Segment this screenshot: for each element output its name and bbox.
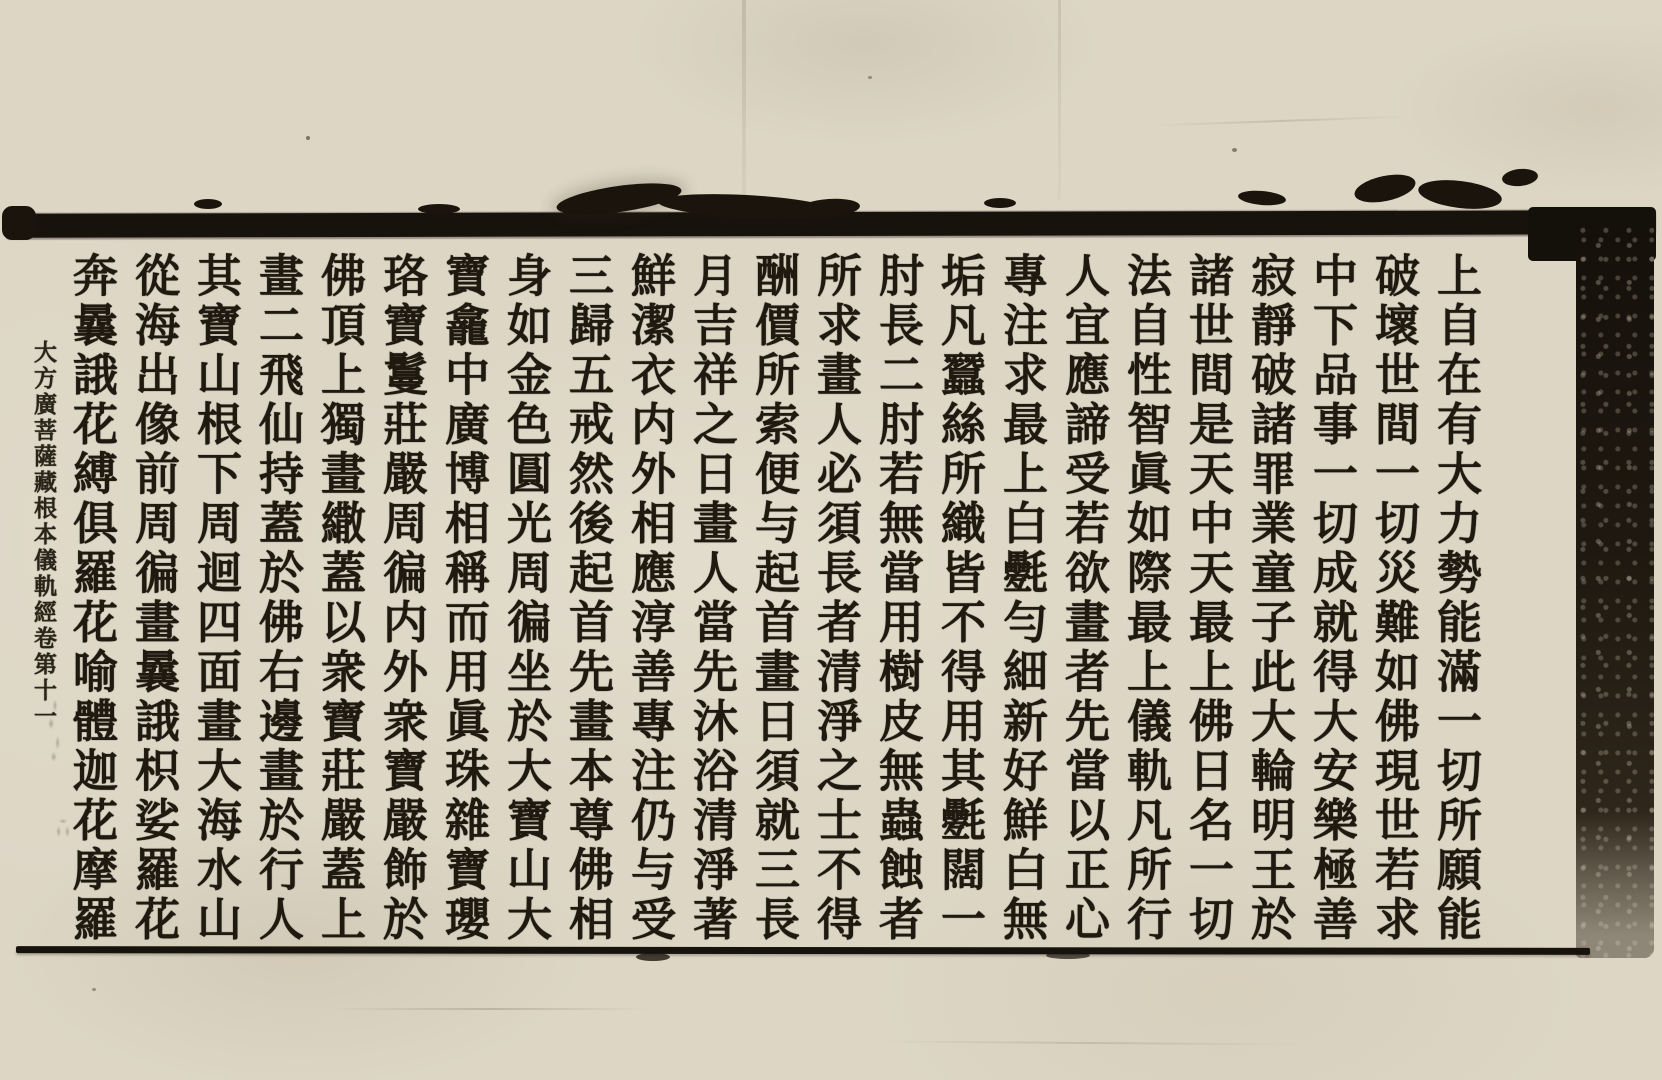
ink-speck [868, 76, 872, 79]
text-column-16: 身如金色圓光周徧坐於大寶山大 [494, 252, 556, 948]
text-column-4: 寂靜破諸罪業童子此大輪明王於 [1238, 252, 1300, 948]
ink-speck [1232, 148, 1237, 152]
text-column-19: 佛頂上獨畫繖蓋以衆寶莊嚴蓋上 [308, 252, 370, 948]
text-column-7: 人宜應諦受若欲畫者先當以正心 [1052, 252, 1114, 948]
text-column-9: 垢凡蠶絲所織皆不得用其氎闊一 [928, 252, 990, 948]
text-column-1: 上自在有大力勢能滿一切所願能 [1424, 252, 1486, 948]
text-column-22: 從海出像前周徧畫曩誐枳娑羅花 [122, 252, 184, 948]
text-column-8: 專注求最上白氎勻細新好鮮白無 [990, 252, 1052, 948]
ink-smudge [1352, 170, 1418, 207]
ink-speck [306, 136, 310, 140]
text-column-11: 所求畫人必須長者清淨之士不得 [804, 252, 866, 948]
ink-smudge [2, 206, 36, 240]
paper-fiber-streak [1150, 115, 1410, 126]
text-column-13: 月吉祥之日畫人當先沐浴清淨著 [680, 252, 742, 948]
sutra-scan-page: 上自在有大力勢能滿一切所願能破壞世間一切災難如佛現世若求中下品事一切成就得大安樂… [0, 0, 1662, 1080]
ink-smudge [1237, 189, 1286, 207]
printed-right-border [1576, 224, 1654, 958]
text-column-18: 珞寶鬘莊嚴周徧内外衆寶嚴飾於 [370, 252, 432, 948]
text-column-12: 酬價所索便与起首畫日須就三長 [742, 252, 804, 948]
paper-fiber-streak [330, 1008, 650, 1010]
ink-smudge [1417, 176, 1504, 213]
ink-smudge [636, 953, 670, 961]
text-column-17: 寶龕中廣博相稱而用眞珠雜寶瓔 [432, 252, 494, 948]
ink-smudge [984, 198, 1016, 208]
text-column-3: 中下品事一切成就得大安樂極善 [1300, 252, 1362, 948]
text-column-6: 法自性智眞如際最上儀軌凡所行 [1114, 252, 1176, 948]
ink-smudge [1501, 167, 1539, 188]
colophon-column: 大方廣菩薩藏根本儀軌經卷第十一 [26, 252, 60, 948]
paper-fiber-streak [880, 1041, 1300, 1046]
ink-smudge [418, 204, 460, 214]
ink-smudge [1046, 952, 1090, 959]
text-column-21: 其寶山根下周迴四面畫大海水山 [184, 252, 246, 948]
text-column-15: 三歸五戒然後起首先畫本尊佛相 [556, 252, 618, 948]
text-column-5: 諸世間是天中天最上佛日名一切 [1176, 252, 1238, 948]
paper-crease [1058, 0, 1061, 200]
text-column-14: 鮮潔衣内外相應淳善專注仍与受 [618, 252, 680, 948]
faint-handwriting-mark [52, 816, 74, 842]
paper-crease [742, 0, 746, 208]
sutra-text-block: 上自在有大力勢能滿一切所願能破壞世間一切災難如佛現世若求中下品事一切成就得大安樂… [26, 252, 1486, 948]
text-column-2: 破壞世間一切災難如佛現世若求 [1362, 252, 1424, 948]
ink-smudge [194, 199, 222, 209]
ink-speck [92, 988, 96, 991]
faint-handwriting-mark [42, 698, 68, 762]
text-column-23: 奔曩誐花縛俱羅花喻體迦花摩羅 [60, 252, 122, 948]
text-column-10: 肘長二肘若無當用樹皮無蟲蝕者 [866, 252, 928, 948]
text-column-20: 畫二飛仙持蓋於佛右邊畫於行人 [246, 252, 308, 948]
